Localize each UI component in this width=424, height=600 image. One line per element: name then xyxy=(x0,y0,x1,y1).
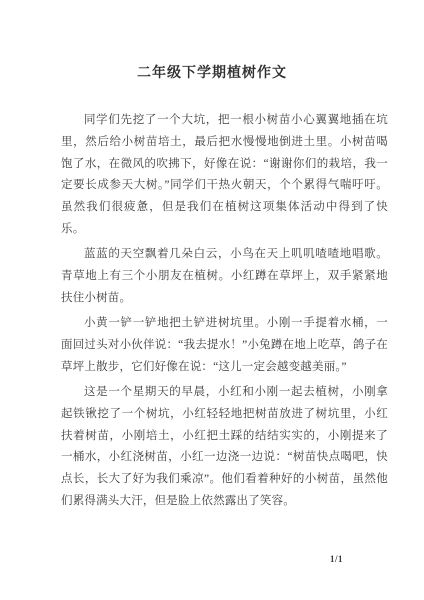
essay-body: 同学们先挖了一个大坑，把一根小树苗小心翼翼地插在坑里，然后给小树苗培土，最后把水… xyxy=(61,110,388,516)
essay-paragraph: 同学们先挖了一个大坑，把一根小树苗小心翼翼地插在坑里，然后给小树苗培土，最后把水… xyxy=(61,110,388,241)
essay-paragraph: 蓝蓝的天空飘着几朵白云，小鸟在天上叽叽喳喳地唱歌。青草地上有三个小朋友在植树。小… xyxy=(61,244,388,309)
document-page: 二年级下学期植树作文 同学们先挖了一个大坑，把一根小树苗小心翼翼地插在坑里，然后… xyxy=(0,0,424,600)
essay-paragraph: 这是一个星期天的早晨，小红和小刚一起去植树，小刚拿起铁锹挖了一个树坑，小红轻轻地… xyxy=(61,382,388,513)
essay-paragraph: 小黄一铲一铲地把土铲进树坑里。小刚一手提着水桶，一面回过头对小伙伴说：“我去提水… xyxy=(61,313,388,378)
document-title: 二年级下学期植树作文 xyxy=(0,62,424,82)
page-number: 1/1 xyxy=(330,554,343,564)
